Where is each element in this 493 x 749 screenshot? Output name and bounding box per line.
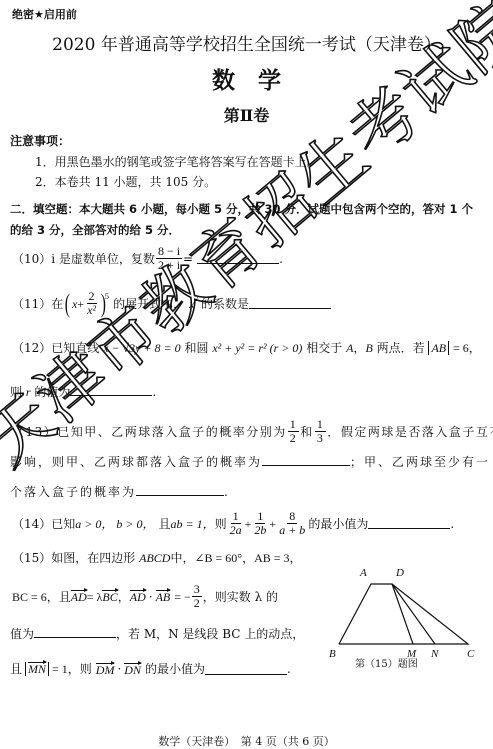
abs-ab: AB (428, 341, 449, 355)
question-text: 已知 (51, 517, 75, 531)
point-b: B (365, 341, 372, 355)
fraction-denominator: x² (85, 304, 98, 317)
question-13-line2: 影响，则甲、乙两球都落入盒子的概率为；甲、乙两球至少有一 (10, 455, 490, 469)
page-footer: 数学（天津卷） 第 4 页（共 6 页） (0, 733, 493, 749)
question-text: ，若 M，N 是线段 BC 上的动点， (116, 627, 304, 641)
label-n: N (431, 648, 438, 660)
dot-operator: · (149, 590, 153, 604)
question-text: 的展开式中， (113, 297, 185, 311)
answer-blank[interactable] (249, 298, 331, 309)
comma: ， (353, 341, 365, 355)
question-text: 值为 (10, 627, 34, 641)
question-14: （14） 已知 a > 0， b > 0， 且 ab = 1， 则 1 2a +… (12, 510, 454, 537)
volume-title: 第Ⅱ卷 (0, 103, 493, 126)
answer-blank[interactable] (70, 385, 152, 396)
question-text: i 是虚数单位，复数 (51, 252, 155, 266)
question-12-line2: 则 r 的值为. (10, 385, 156, 399)
label-b: B (329, 648, 336, 660)
note-item-2: 2．本卷共 11 小题，共 105 分。 (35, 175, 216, 189)
notes-title: 注意事项： (10, 134, 70, 148)
vector-ad: AD (130, 590, 146, 603)
line-equation: x − √3y + 8 = 0 (103, 341, 181, 355)
equals-lambda: = λ (87, 590, 103, 604)
question-number: （12） (12, 341, 51, 355)
label-a: A (360, 567, 367, 579)
question-text: 且 (10, 662, 22, 676)
exam-title: 2020 年普通高等学校招生全国统一考试（天津卷） (0, 30, 493, 55)
answer-blank[interactable] (197, 253, 279, 264)
confidential-label: 绝密★启用前 (12, 6, 77, 22)
period: . (450, 517, 454, 531)
fraction: 8 − i 2 + i (156, 245, 182, 272)
question-text: 的最小值为 (308, 517, 368, 531)
section-heading-line1: 二．填空题：本大题共 6 小题，每小题 5 分，共 30 分．试题中包含两个空的… (10, 202, 473, 216)
fraction-1: 1 2a (228, 510, 244, 537)
left-paren: ( (65, 297, 70, 311)
fraction-numerator: 8 (287, 510, 297, 524)
question-15-line1: （15）如图，在四边形 ABCD中，∠B = 60°，AB = 3， (12, 551, 302, 565)
question-13-line1: （13） 已知甲、乙两球落入盒子的概率分别为 1 2 和 1 3 ．假定两球是否… (12, 418, 493, 445)
fraction-denominator: 2a (228, 524, 244, 537)
question-text: ．假定两球是否落入盒子互不 (327, 425, 493, 439)
right-paren: ) (101, 297, 106, 311)
fraction-third: 1 3 (315, 418, 327, 445)
question-number: （13） (12, 425, 57, 439)
question-text: ；甲、乙两球至少有一 (350, 455, 490, 469)
label-c: C (467, 648, 474, 660)
question-number: （10） (12, 252, 51, 266)
fraction-denominator: a + b (277, 524, 307, 537)
question-text: 已知甲、乙两球落入盒子的概率分别为 (57, 425, 287, 439)
answer-blank[interactable] (368, 518, 450, 529)
figure-caption: 第（15）题图 (355, 655, 418, 670)
question-12-line1: （12）已知直线 x − √3y + 8 = 0 和圆 x² + y² = r²… (12, 341, 481, 355)
fraction: 2 x² (85, 290, 98, 317)
question-text: BC = 6，且 (12, 590, 71, 604)
period: . (152, 385, 156, 399)
fraction-numerator: 1 (231, 510, 241, 524)
question-text: ，则实数 λ 的 (203, 590, 278, 604)
fraction-numerator: 1 (288, 418, 300, 432)
quadrilateral-abcd: ABCD (139, 551, 170, 565)
note-item-1: 1．用黑色墨水的钢笔或签字笔将答案写在答题卡上。 (35, 155, 319, 169)
vector-ab: AB (156, 590, 171, 603)
question-text: 且 (159, 517, 171, 531)
vector-ad: AD (71, 590, 87, 603)
question-text: = 1，则 (52, 662, 92, 676)
comma: ， (118, 590, 130, 604)
fraction-numerator: 2 (87, 290, 97, 304)
question-text: 的最小值为 (145, 662, 205, 676)
vector-dn: DN (124, 663, 141, 676)
question-text: 相交于 (306, 341, 342, 355)
question-15-line3: 值为，若 M，N 是线段 BC 上的动点， (10, 627, 304, 641)
equals-sign: = (183, 252, 193, 266)
fraction-denominator: 2 + i (156, 259, 182, 272)
question-text: 则 (10, 385, 22, 399)
subject-title: 数 学 (0, 62, 493, 95)
exponent: 2 (195, 292, 199, 306)
question-text: 和圆 (184, 341, 208, 355)
fraction-denominator: 3 (315, 432, 327, 445)
condition: a > 0， b > 0， (75, 517, 154, 531)
fraction-denominator: 2 (288, 432, 300, 445)
question-number: （15） (12, 551, 51, 565)
question-10: （10） i 是虚数单位，复数 8 − i 2 + i = . (12, 245, 283, 272)
vector-dm: DM (96, 663, 115, 676)
period: . (224, 485, 230, 499)
question-text: 如图，在四边形 (51, 551, 135, 565)
section-heading-line2: 的给 3 分，全部答对的给 5 分． (10, 223, 180, 237)
plus-sign: + (77, 297, 84, 311)
label-d: D (396, 567, 404, 579)
question-text: 两点．若 (377, 341, 425, 355)
vector-mn: MN (28, 662, 46, 675)
period: . (287, 662, 291, 676)
answer-blank-1[interactable] (262, 455, 350, 466)
fraction-numerator: 1 (315, 418, 327, 432)
answer-blank-2[interactable] (136, 485, 224, 496)
vector-bc: BC (102, 590, 117, 603)
question-text: 已知直线 (51, 341, 99, 355)
fraction-numerator: 3 (192, 583, 202, 597)
question-13-line3: 个落入盒子的概率为. (10, 485, 230, 499)
question-text: 中，∠B = 60°，AB = 3， (170, 551, 301, 565)
fraction-denominator: 2 (192, 597, 202, 610)
plus-sign: + (269, 517, 276, 531)
question-text: 在 (51, 297, 63, 311)
question-text: 则 (215, 517, 227, 531)
condition-ab: ab = 1， (171, 517, 215, 531)
fraction-half: 1 2 (288, 418, 300, 445)
fraction-3: 8 a + b (277, 510, 307, 537)
answer-blank-1[interactable] (34, 627, 116, 638)
variable-r: r (26, 385, 31, 399)
question-text: 和 (300, 425, 314, 439)
question-text: 影响，则甲、乙两球都落入盒子的概率为 (10, 455, 262, 469)
plus-sign: + (245, 517, 252, 531)
fraction-denominator: 2b (252, 524, 268, 537)
fraction-numerator: 1 (255, 510, 265, 524)
circle-equation: x² + y² = r² (r > 0) (212, 341, 302, 355)
fraction-2: 1 2b (252, 510, 268, 537)
question-text: 个落入盒子的概率为 (10, 485, 136, 499)
period: . (279, 252, 283, 266)
question-text: 的系数是 (201, 297, 249, 311)
question-15-line4: 且 MN = 1，则 DM · DN 的最小值为 . (10, 662, 291, 676)
answer-blank-2[interactable] (205, 664, 287, 675)
equals-negative: = − (174, 590, 191, 604)
question-number: （14） (12, 517, 51, 531)
question-11: （11） 在 ( x + 2 x² ) 5 的展开式中， x 2 的系数是 (12, 290, 331, 317)
equals-six: = 6， (453, 341, 481, 355)
question-number: （11） (12, 297, 51, 311)
dot-operator: · (117, 662, 121, 676)
question-text: 的值为 (34, 385, 70, 399)
question-15-line2: BC = 6，且 AD = λ BC ， AD · AB = − 3 2 ，则实… (12, 583, 278, 610)
fraction-numerator: 8 − i (156, 245, 182, 259)
fraction-three-halves: 3 2 (192, 583, 202, 610)
